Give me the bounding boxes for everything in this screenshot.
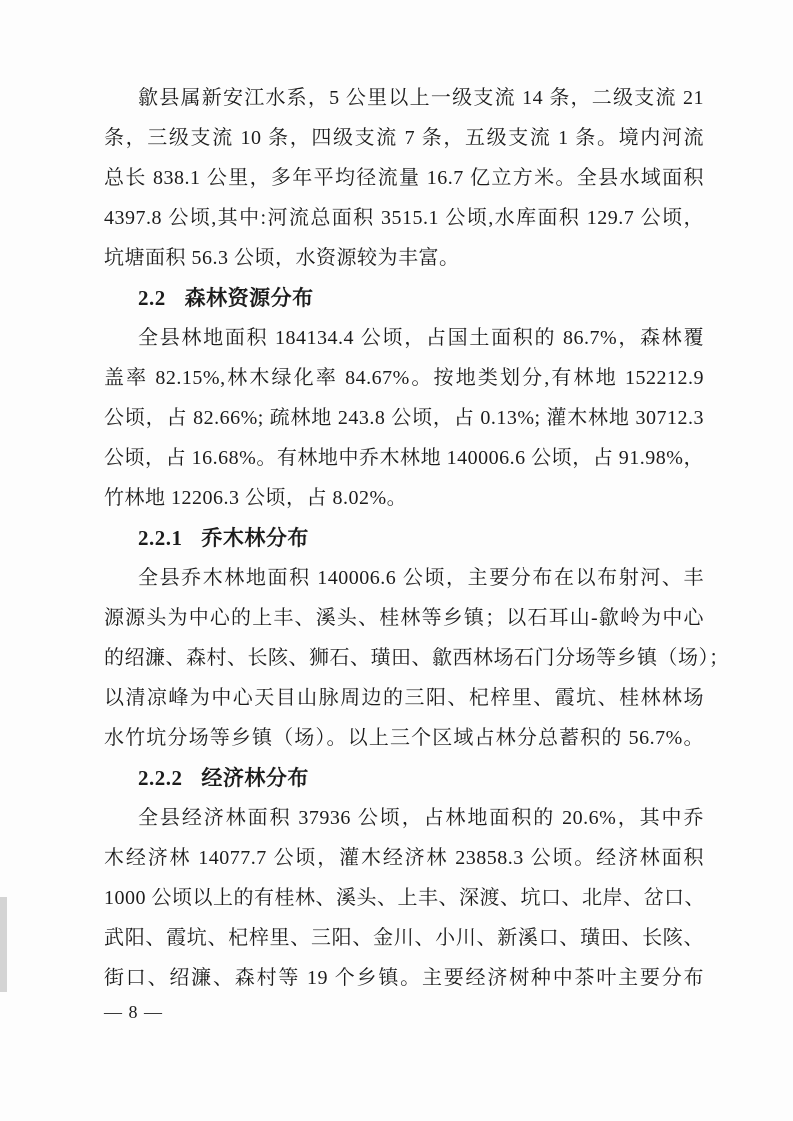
heading-number: 2.2.1 xyxy=(138,526,183,550)
text-line: 全县经济林面积 37936 公顷，占林地面积的 20.6%，其中乔 xyxy=(104,798,704,838)
section-heading-economic-forest: 2.2.2经济林分布 xyxy=(104,758,704,798)
text-line: 木经济林 14077.7 公顷，灌木经济林 23858.3 公顷。经济林面积 xyxy=(104,838,704,878)
text-line: 全县林地面积 184134.4 公顷，占国土面积的 86.7%，森林覆 xyxy=(104,318,704,358)
page-content: 歙县属新安江水系，5 公里以上一级支流 14 条，二级支流 21 条，三级支流 … xyxy=(104,78,704,1026)
text-line: 竹林地 12206.3 公顷，占 8.02%。 xyxy=(104,478,704,518)
heading-number: 2.2.2 xyxy=(138,766,183,790)
text-line: 公顷，占 16.68%。有林地中乔木林地 140006.6 公顷，占 91.98… xyxy=(104,438,704,478)
text-line: 公顷，占 82.66%; 疏林地 243.8 公顷，占 0.13%; 灌木林地 … xyxy=(104,398,704,438)
text-line: 盖率 82.15%,林木绿化率 84.67%。按地类划分,有林地 152212.… xyxy=(104,358,704,398)
section-heading-arbor-forest: 2.2.1乔木林分布 xyxy=(104,518,704,558)
heading-number: 2.2 xyxy=(138,286,166,310)
text-line: 歙县属新安江水系，5 公里以上一级支流 14 条，二级支流 21 xyxy=(104,78,704,118)
text-line: 全县乔木林地面积 140006.6 公顷，主要分布在以布射河、丰 xyxy=(104,558,704,598)
heading-title: 森林资源分布 xyxy=(185,286,314,310)
text-line: 源源头为中心的上丰、溪头、桂林等乡镇；以石耳山-歙岭为中心 xyxy=(104,598,704,638)
text-line: 4397.8 公顷,其中:河流总面积 3515.1 公顷,水库面积 129.7 … xyxy=(104,198,704,238)
text-line: 以清凉峰为中心天目山脉周边的三阳、杞梓里、霞坑、桂林林场 xyxy=(104,678,704,718)
text-line: 坑塘面积 56.3 公顷，水资源较为丰富。 xyxy=(104,238,704,278)
text-line: 水竹坑分场等乡镇（场）。以上三个区域占林分总蓄积的 56.7%。 xyxy=(104,718,704,758)
text-line: 街口、绍濂、森村等 19 个乡镇。主要经济树种中茶叶主要分布 xyxy=(104,958,704,998)
document-page: 歙县属新安江水系，5 公里以上一级支流 14 条，二级支流 21 条，三级支流 … xyxy=(0,0,793,1121)
text-line: 武阳、霞坑、杞梓里、三阳、金川、小川、新溪口、璜田、长陔、 xyxy=(104,918,704,958)
text-line: 1000 公顷以上的有桂林、溪头、上丰、深渡、坑口、北岸、岔口、 xyxy=(104,878,704,918)
text-line: 的绍濂、森村、长陔、狮石、璜田、歙西林场石门分场等乡镇（场）； xyxy=(104,638,704,678)
heading-title: 乔木林分布 xyxy=(201,526,309,550)
page-number: — 8 — xyxy=(104,998,704,1026)
heading-title: 经济林分布 xyxy=(201,766,309,790)
text-line: 总长 838.1 公里，多年平均径流量 16.7 亿立方米。全县水域面积 xyxy=(104,158,704,198)
scan-artifact-strip xyxy=(0,897,7,992)
section-heading-forest-resources: 2.2森林资源分布 xyxy=(104,278,704,318)
text-line: 条，三级支流 10 条，四级支流 7 条，五级支流 1 条。境内河流 xyxy=(104,118,704,158)
